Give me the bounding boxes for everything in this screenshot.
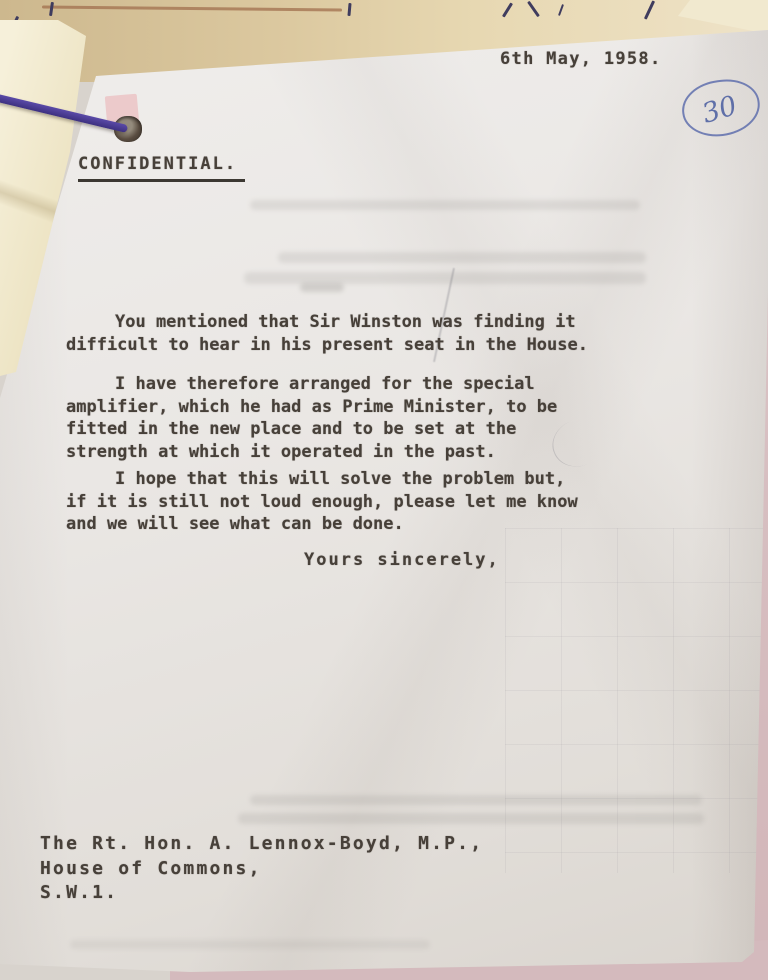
recipient-line: S.W.1. (40, 881, 483, 906)
bleed-through-text (70, 940, 430, 949)
closing: Yours sincerely, (304, 549, 500, 572)
folio-number-circle: 30 (679, 75, 763, 140)
recipient-line: House of Commons, (40, 857, 483, 882)
paragraph-line: You mentioned that Sir Winston was findi… (66, 311, 706, 334)
paragraph-line: amplifier, which he had as Prime Ministe… (66, 396, 706, 419)
paragraph-line: strength at which it operated in the pas… (66, 441, 706, 464)
paragraph-line: if it is still not loud enough, please l… (66, 491, 706, 514)
recipient-line: The Rt. Hon. A. Lennox-Boyd, M.P., (40, 832, 483, 857)
bleed-through-text (250, 795, 702, 805)
bleed-through-text (300, 283, 344, 292)
bleed-through-text (278, 252, 646, 263)
date-line: 6th May, 1958. (500, 48, 662, 71)
paragraph-line: I hope that this will solve the problem … (66, 468, 706, 491)
paragraph-line: and we will see what can be done. (66, 513, 706, 536)
paragraph-3: I hope that this will solve the problem … (66, 468, 706, 536)
bleed-through-text (238, 813, 704, 824)
paragraph-2: I have therefore arranged for the specia… (66, 373, 706, 463)
paragraph-line: difficult to hear in his present seat in… (66, 334, 706, 357)
bleed-through-text (250, 200, 640, 210)
paragraph-line: fitted in the new place and to be set at… (66, 418, 706, 441)
folio-number: 30 (698, 90, 740, 130)
document-scan: 6th May, 1958. 30 CONFIDENTIAL. You ment… (0, 0, 768, 980)
classification-heading: CONFIDENTIAL. (78, 153, 245, 182)
paragraph-line: I have therefore arranged for the specia… (66, 373, 706, 396)
recipient-address: The Rt. Hon. A. Lennox-Boyd, M.P., House… (40, 832, 483, 906)
letter-sheet: 6th May, 1958. 30 CONFIDENTIAL. You ment… (0, 0, 768, 980)
paragraph-1: You mentioned that Sir Winston was findi… (66, 311, 706, 356)
